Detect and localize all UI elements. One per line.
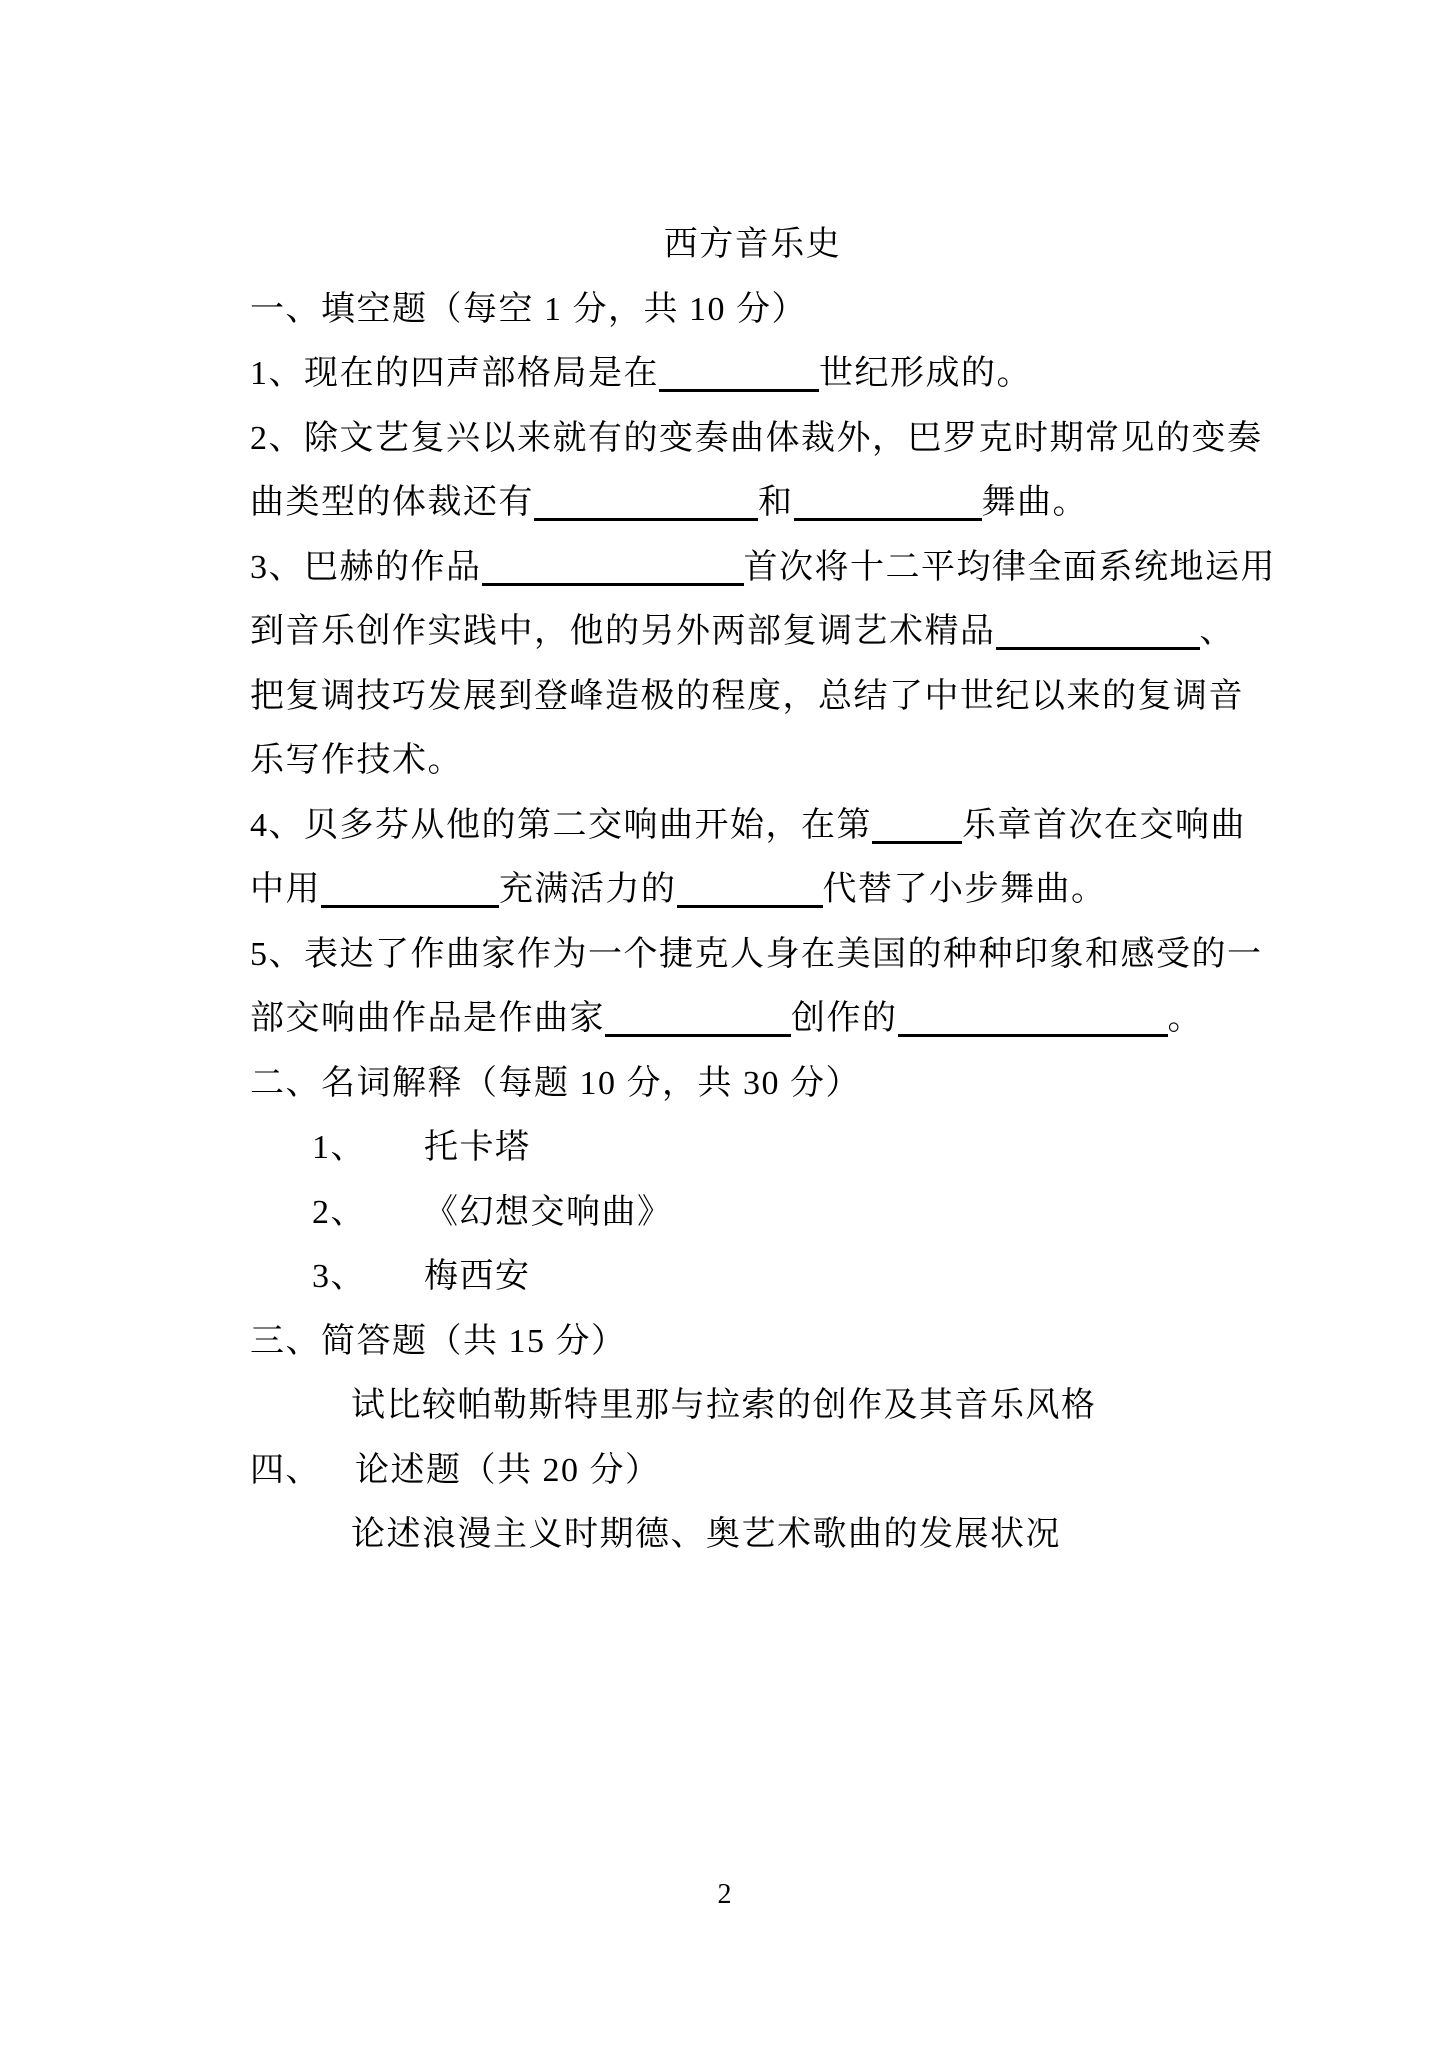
line-text: 舞曲。 [982,484,1089,521]
line-text: 梅西安 [424,1258,531,1295]
line-text: 3、巴赫的作品 [250,549,482,586]
tab-spacer [321,1480,355,1481]
exam-document: 西方音乐史 一、填空题（每空 1 分，共 10 分）1、现在的四声部格局是在世纪… [250,213,1255,1568]
page-number: 2 [0,1878,1449,1912]
text-line: 2、《幻想交响曲》 [312,1181,1255,1246]
line-text: 1、现在的四声部格局是在 [250,355,659,392]
line-text: 曲类型的体裁还有 [250,484,534,521]
text-line: 二、名词解释（每题 10 分，共 30 分） [250,1052,1255,1117]
line-text: 二、名词解释（每题 10 分，共 30 分） [250,1065,861,1102]
line-text: 部交响曲作品是作曲家 [250,1000,605,1037]
fill-in-blank [872,807,962,844]
text-line: 部交响曲作品是作曲家创作的。 [250,987,1255,1052]
line-text: 到音乐创作实践中，他的另外两部复调艺术精品 [250,613,996,650]
line-text: 2、除文艺复兴以来就有的变奏曲体裁外，巴罗克时期常见的变奏 [250,420,1263,457]
line-text: 世纪形成的。 [819,355,1032,392]
fill-in-blank [898,1000,1168,1037]
line-text: 1、 [312,1129,366,1166]
text-line: 3、巴赫的作品首次将十二平均律全面系统地运用 [250,536,1255,601]
text-line: 四、论述题（共 20 分） [250,1439,1255,1504]
line-text: 试比较帕勒斯特里那与拉索的创作及其音乐风格 [351,1387,1097,1424]
text-line: 曲类型的体裁还有和舞曲。 [250,471,1255,536]
line-text: 《幻想交响曲》 [424,1194,673,1231]
text-line: 1、托卡塔 [312,1116,1255,1181]
tab-spacer [366,1157,424,1158]
line-text: 把复调技巧发展到登峰造极的程度，总结了中世纪以来的复调音 [250,678,1244,715]
line-text: 和 [758,484,794,521]
text-line: 乐写作技术。 [250,729,1255,794]
text-line: 论述浪漫主义时期德、奥艺术歌曲的发展状况 [351,1503,1255,1568]
line-text: 托卡塔 [424,1129,531,1166]
line-text: 。 [1168,1000,1204,1037]
line-text: 乐章首次在交响曲 [962,807,1246,844]
line-text: 一、填空题（每空 1 分，共 10 分） [250,291,807,328]
line-text: 代替了小步舞曲。 [823,871,1107,908]
text-line: 三、简答题（共 15 分） [250,1310,1255,1375]
text-line: 到音乐创作实践中，他的另外两部复调艺术精品、 [250,600,1255,665]
line-text: 乐写作技术。 [250,742,463,779]
tab-spacer [366,1286,424,1287]
fill-in-blank [996,613,1200,650]
text-line: 一、填空题（每空 1 分，共 10 分） [250,278,1255,343]
line-text: 首次将十二平均律全面系统地运用 [744,549,1277,586]
line-text: 四、 [250,1452,321,1489]
fill-in-blank [482,549,744,586]
line-text: 3、 [312,1258,366,1295]
page-title: 西方音乐史 [250,213,1255,278]
text-line: 把复调技巧发展到登峰造极的程度，总结了中世纪以来的复调音 [250,665,1255,730]
fill-in-blank [677,871,823,908]
text-line: 试比较帕勒斯特里那与拉索的创作及其音乐风格 [351,1374,1255,1439]
text-line: 中用充满活力的代替了小步舞曲。 [250,858,1255,923]
fill-in-blank [659,355,819,392]
line-text: 论述题（共 20 分） [355,1452,661,1489]
line-text: 充满活力的 [499,871,677,908]
text-line: 5、表达了作曲家作为一个捷克人身在美国的种种印象和感受的一 [250,923,1255,988]
line-text: 、 [1200,613,1236,650]
line-text: 论述浪漫主义时期德、奥艺术歌曲的发展状况 [351,1516,1061,1553]
text-line: 1、现在的四声部格局是在世纪形成的。 [250,342,1255,407]
line-text: 4、贝多芬从他的第二交响曲开始，在第 [250,807,872,844]
fill-in-blank [534,484,758,521]
text-line: 3、梅西安 [312,1245,1255,1310]
line-text: 创作的 [791,1000,898,1037]
exam-body: 一、填空题（每空 1 分，共 10 分）1、现在的四声部格局是在世纪形成的。2、… [250,278,1255,1568]
text-line: 2、除文艺复兴以来就有的变奏曲体裁外，巴罗克时期常见的变奏 [250,407,1255,472]
fill-in-blank [794,484,982,521]
fill-in-blank [605,1000,791,1037]
text-line: 4、贝多芬从他的第二交响曲开始，在第乐章首次在交响曲 [250,794,1255,859]
tab-spacer [366,1222,424,1223]
line-text: 中用 [250,871,321,908]
line-text: 5、表达了作曲家作为一个捷克人身在美国的种种印象和感受的一 [250,936,1263,973]
line-text: 2、 [312,1194,366,1231]
line-text: 三、简答题（共 15 分） [250,1323,627,1360]
fill-in-blank [321,871,499,908]
